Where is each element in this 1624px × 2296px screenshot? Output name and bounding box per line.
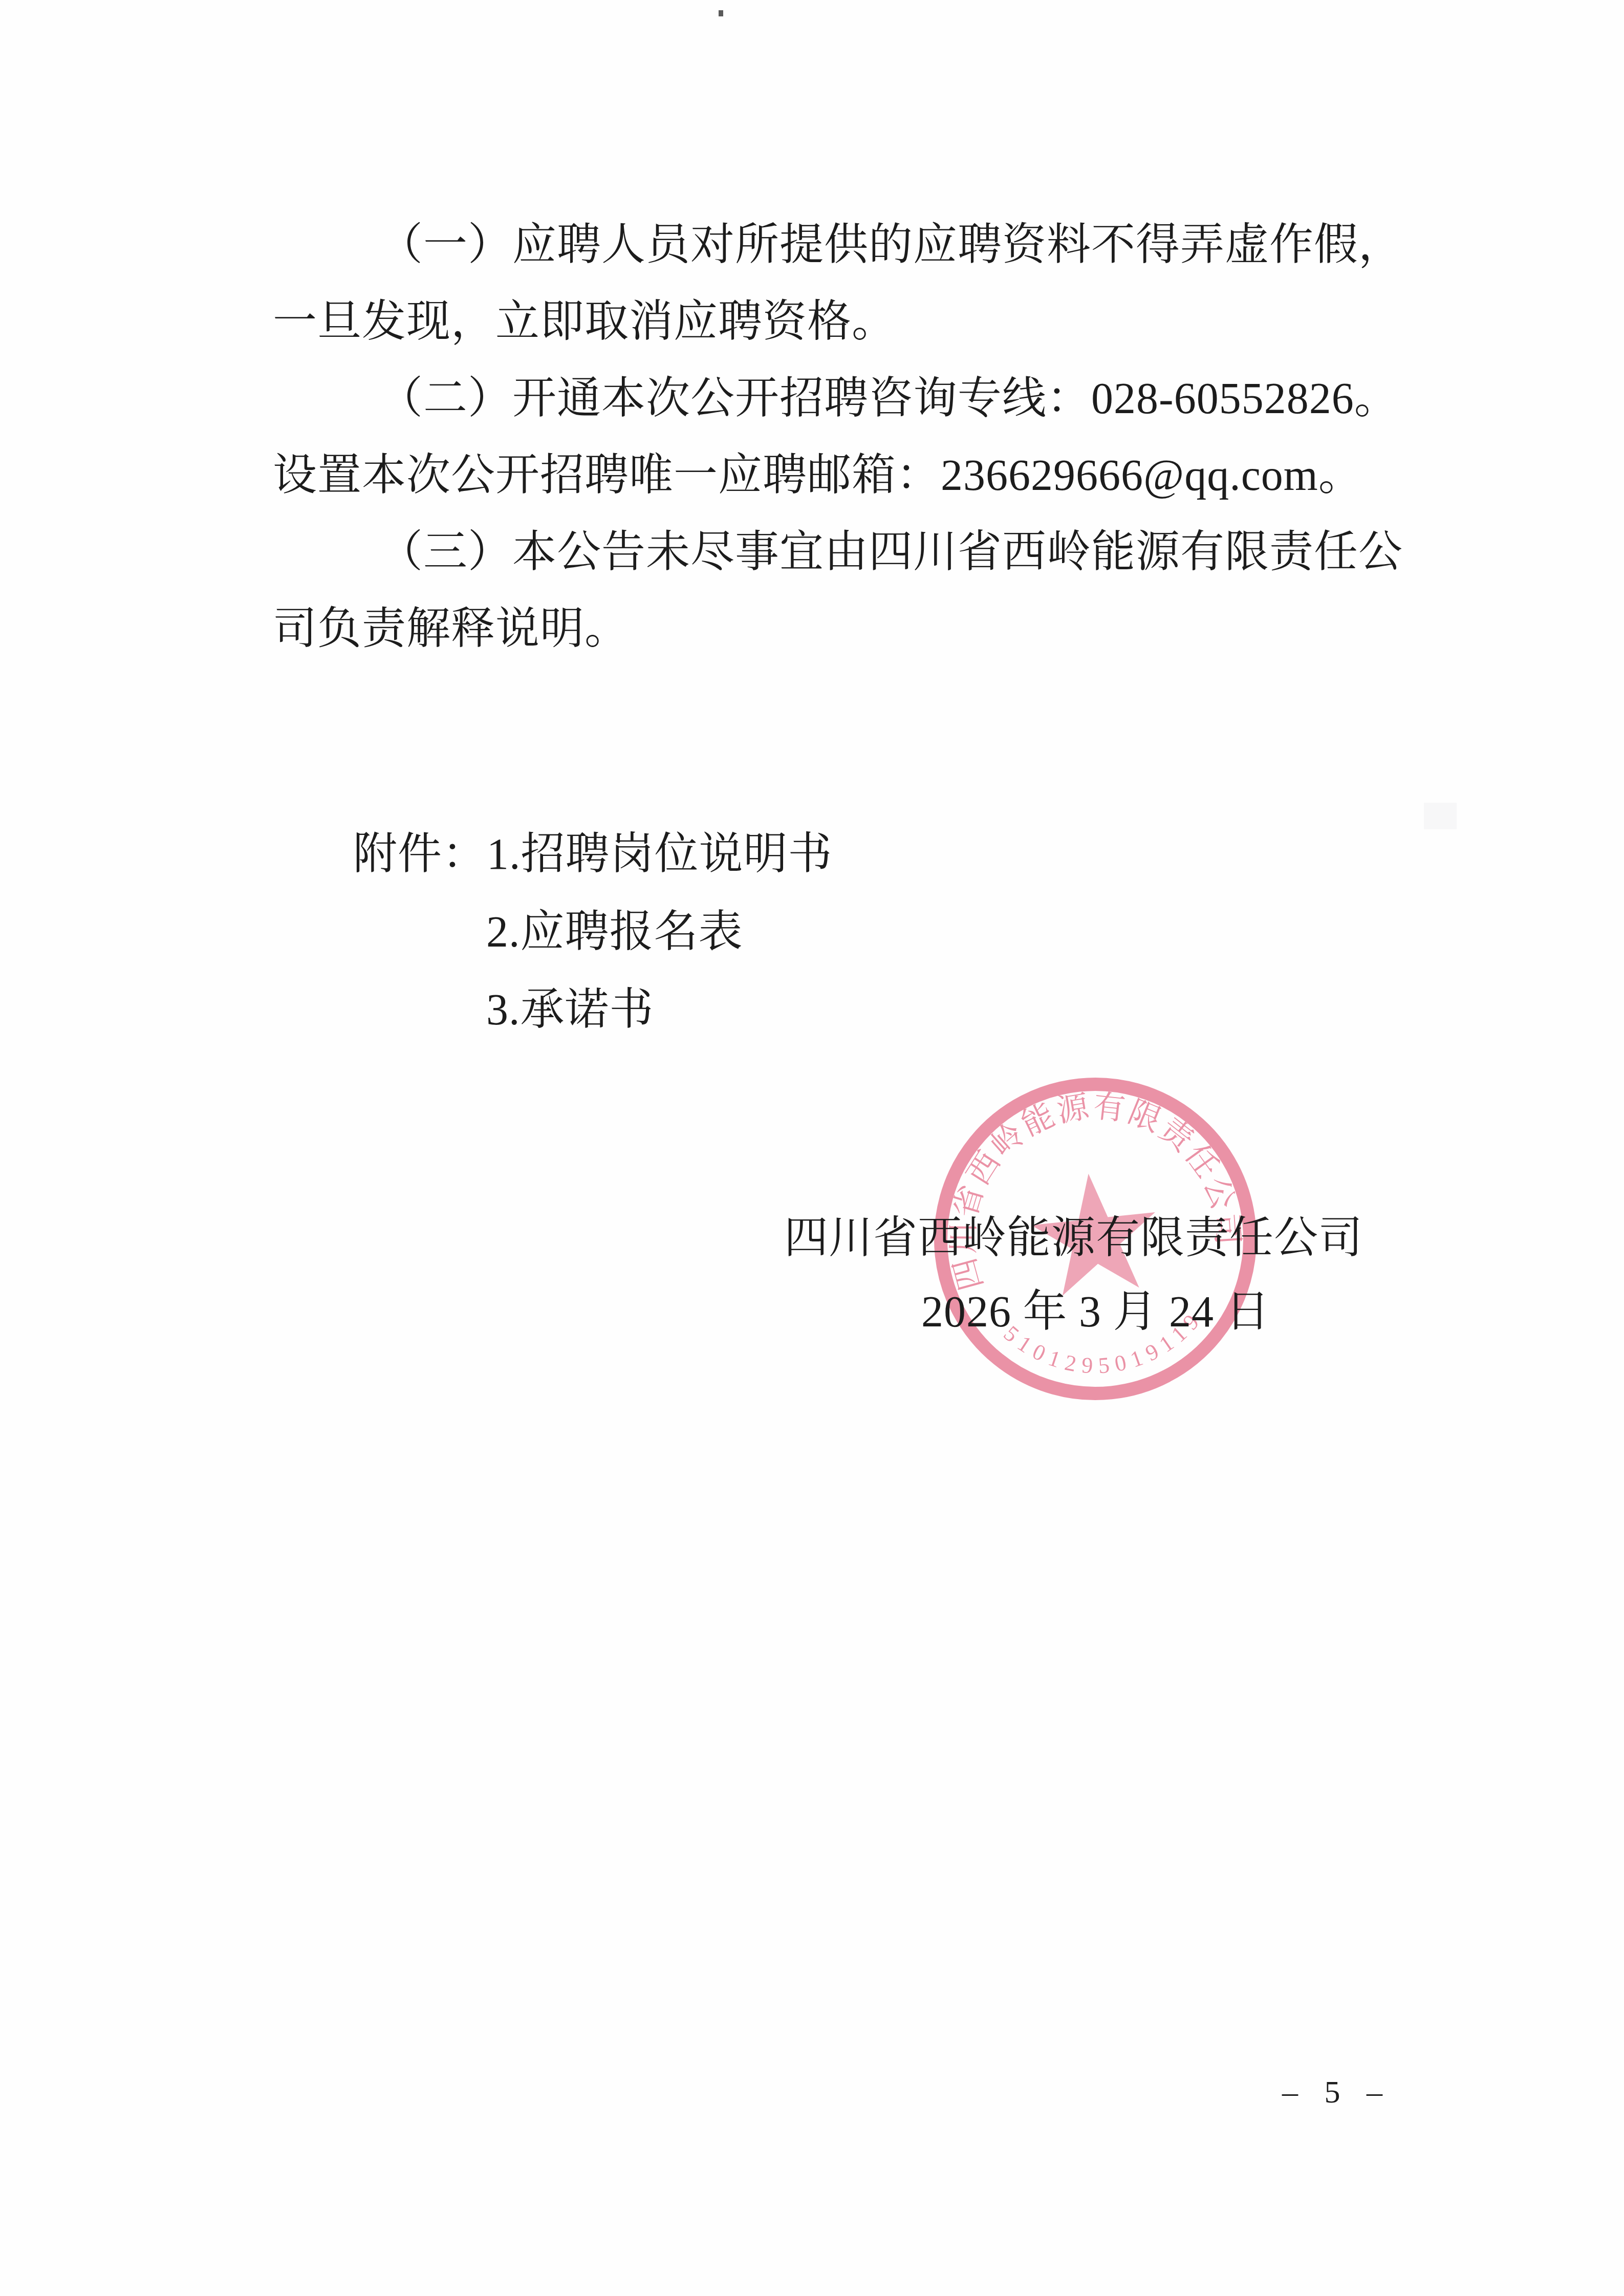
signature-date: 2026 年 3 月 24 日 xyxy=(921,1288,1270,1336)
body-line-1: （一）应聘人员对所提供的应聘资料不得弄虚作假， xyxy=(379,221,1403,269)
attachment-item-3: 3.承诺书 xyxy=(486,986,654,1034)
attachment-item-2: 2.应聘报名表 xyxy=(486,908,743,956)
body-line-6: 司负责解释说明。 xyxy=(273,605,629,653)
scan-smudge-artifact xyxy=(1424,803,1457,829)
body-line-5: （三）本公告未尽事宜由四川省西岭能源有限责任公 xyxy=(379,528,1403,576)
body-line-4: 设置本次公开招聘唯一应聘邮箱：236629666@qq.com。 xyxy=(273,452,1363,499)
attachments-label: 附件： xyxy=(353,829,487,878)
attachments-line: 附件：1.招聘岗位说明书 xyxy=(353,830,833,878)
body-line-2: 一旦发现，立即取消应聘资格。 xyxy=(273,298,896,346)
scan-speck-artifact xyxy=(719,10,723,16)
document-page: （一）应聘人员对所提供的应聘资料不得弄虚作假， 一旦发现，立即取消应聘资格。 （… xyxy=(0,0,1624,2296)
signature-company: 四川省西岭能源有限责任公司 xyxy=(784,1214,1363,1262)
page-number: – 5 – xyxy=(1282,2074,1392,2111)
body-line-3: （二）开通本次公开招聘咨询专线：028-60552826。 xyxy=(379,375,1399,422)
attachment-item-1: 1.招聘岗位说明书 xyxy=(487,829,833,878)
